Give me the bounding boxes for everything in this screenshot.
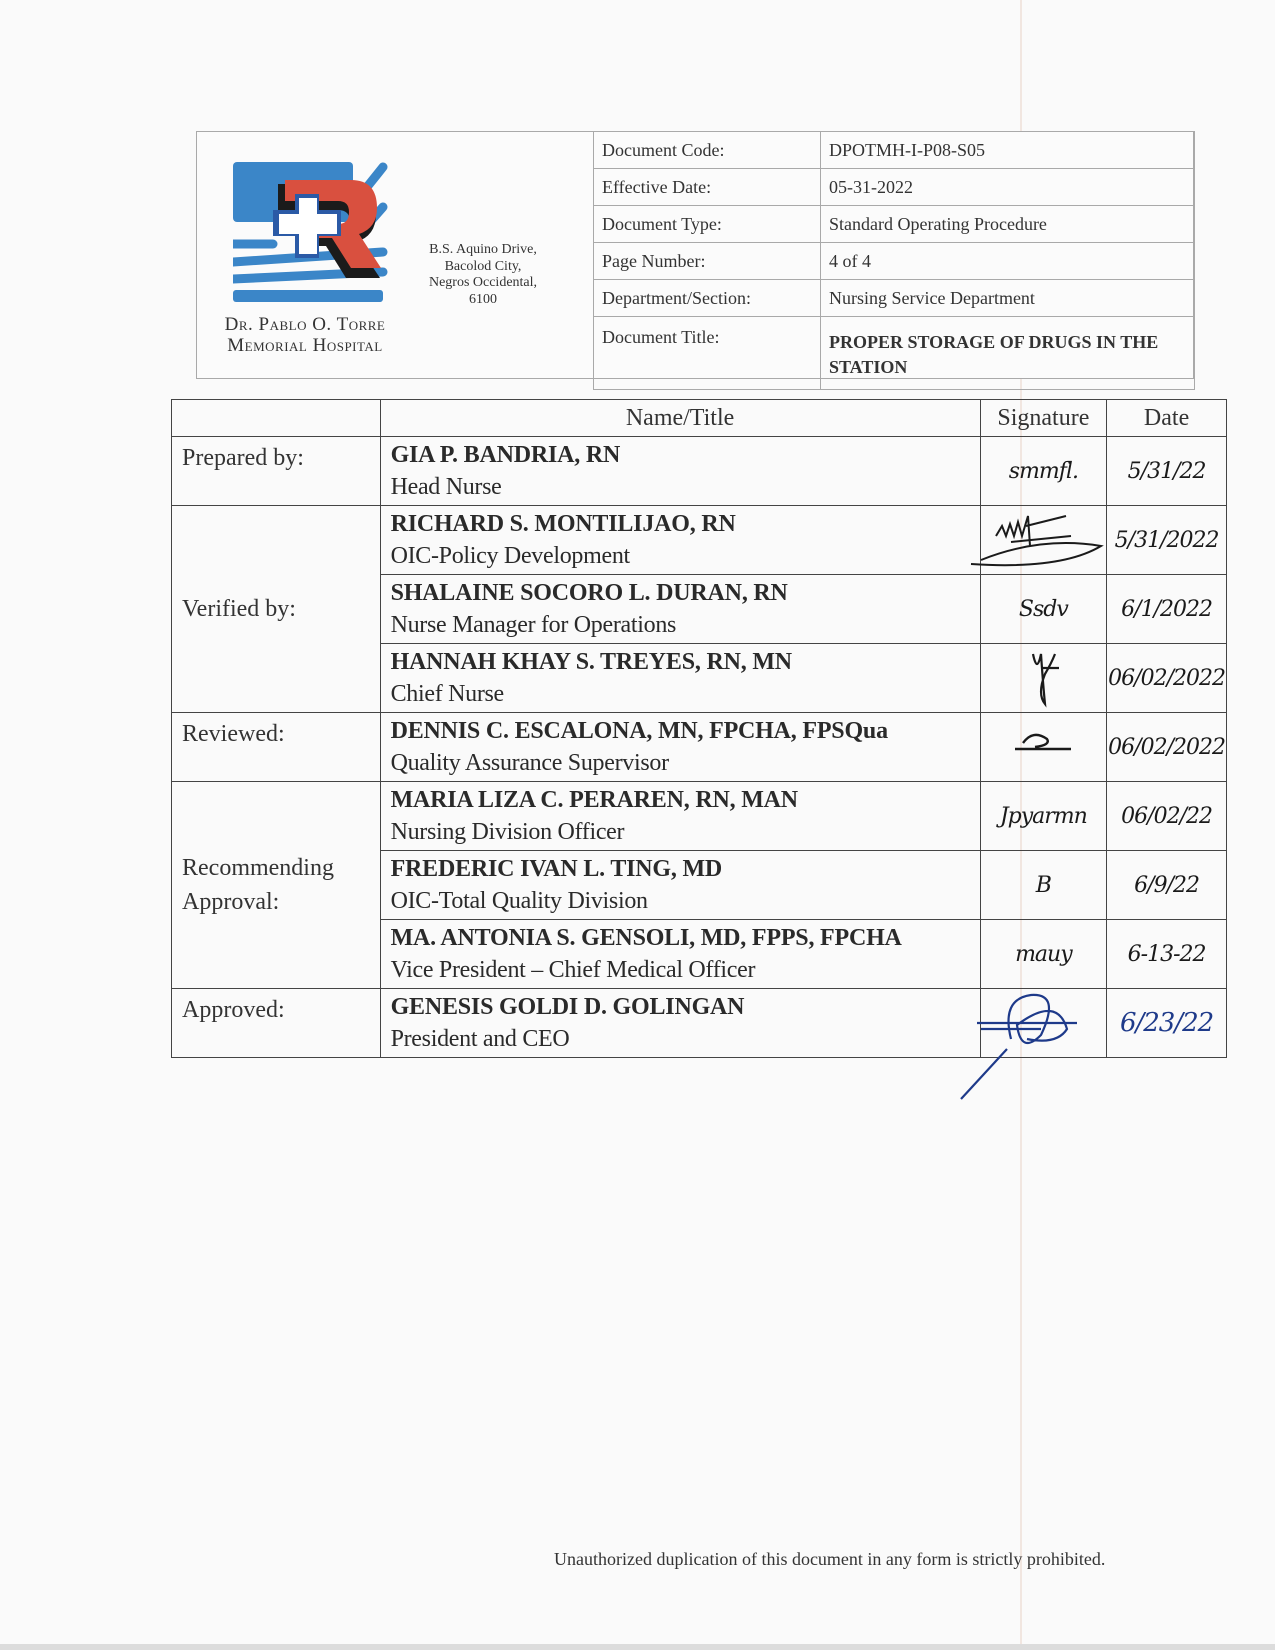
person-name: HANNAH KHAY S. TREYES, RN, MN [391,646,970,678]
hospital-branding: Dr. Pablo O. Torre Memorial Hospital [197,132,413,378]
document-title: PROPER STORAGE OF DRUGS IN THE STATION [821,317,1195,390]
role-recommending-approval: Recommending Approval: [172,782,381,989]
address-line: Bacolod City, [413,259,553,276]
person-name: GENESIS GOLDI D. GOLINGAN [391,991,970,1023]
hospital-name-line1: Dr. Pablo O. Torre [197,314,413,335]
person-title: Nurse Manager for Operations [391,609,970,641]
person-name: GIA P. BANDRIA, RN [391,439,970,471]
role-label-line: Recommending [182,851,370,885]
info-label: Document Title: [594,317,821,390]
hospital-logo-icon [233,162,388,308]
table-row: Approved: GENESIS GOLDI D. GOLINGAN Pres… [172,989,1227,1058]
person-title: OIC-Total Quality Division [391,885,970,917]
signature-date: 06/02/2022 [1107,713,1227,782]
person-name: FREDERIC IVAN L. TING, MD [391,853,970,885]
address-line: B.S. Aquino Drive, [413,242,553,259]
person-title: President and CEO [391,1023,970,1055]
person-name: RICHARD S. MONTILIJAO, RN [391,508,970,540]
info-label: Document Code: [594,132,821,169]
page-number: 4 of 4 [821,243,1195,280]
info-row-department: Department/Section: Nursing Service Depa… [594,280,1195,317]
person-name: SHALAINE SOCORO L. DURAN, RN [391,577,970,609]
person-cell: MARIA LIZA C. PERAREN, RN, MAN Nursing D… [380,782,980,851]
signature: Ssdv [980,575,1107,644]
table-row: Recommending Approval: MARIA LIZA C. PER… [172,782,1227,851]
person-name: MA. ANTONIA S. GENSOLI, MD, FPPS, FPCHA [391,922,970,954]
approval-signature-table: Name/Title Signature Date Prepared by: G… [171,399,1227,1058]
signature-date: 5/31/22 [1107,437,1227,506]
person-cell: DENNIS C. ESCALONA, MN, FPCHA, FPSQua Qu… [380,713,980,782]
signature: Jpyarmn [980,782,1107,851]
table-row: Reviewed: DENNIS C. ESCALONA, MN, FPCHA,… [172,713,1227,782]
info-row-code: Document Code: DPOTMH-I-P08-S05 [594,132,1195,169]
approval-header-row: Name/Title Signature Date [172,400,1227,437]
info-row-type: Document Type: Standard Operating Proced… [594,206,1195,243]
address-line: 6100 [413,292,553,309]
role-approved: Approved: [172,989,381,1058]
person-title: Vice President – Chief Medical Officer [391,954,970,986]
signature-date: 6/9/22 [1107,851,1227,920]
signature [980,713,1107,782]
signature-date: 5/31/2022 [1107,506,1227,575]
signature-scribble-icon [981,989,1105,1053]
document-header: Dr. Pablo O. Torre Memorial Hospital B.S… [196,131,1194,379]
role-prepared-by: Prepared by: [172,437,381,506]
role-verified-by: Verified by: [172,506,381,713]
hospital-name: Dr. Pablo O. Torre Memorial Hospital [197,314,413,356]
header-name-title: Name/Title [380,400,980,437]
address-line: Negros Occidental, [413,275,553,292]
role-reviewed: Reviewed: [172,713,381,782]
signature: smmfl. [980,437,1107,506]
person-name: DENNIS C. ESCALONA, MN, FPCHA, FPSQua [391,715,970,747]
person-cell: MA. ANTONIA S. GENSOLI, MD, FPPS, FPCHA … [380,920,980,989]
person-title: Chief Nurse [391,678,970,710]
person-title: Nursing Division Officer [391,816,970,848]
info-row-page: Page Number: 4 of 4 [594,243,1195,280]
info-label: Page Number: [594,243,821,280]
person-title: Quality Assurance Supervisor [391,747,970,779]
signature [980,644,1107,713]
document-info-table: Document Code: DPOTMH-I-P08-S05 Effectiv… [593,131,1195,390]
scan-edge [0,1644,1275,1650]
person-cell: FREDERIC IVAN L. TING, MD OIC-Total Qual… [380,851,980,920]
person-cell: HANNAH KHAY S. TREYES, RN, MN Chief Nurs… [380,644,980,713]
info-row-effective-date: Effective Date: 05-31-2022 [594,169,1195,206]
signature [980,989,1107,1058]
person-title: OIC-Policy Development [391,540,970,572]
signature [980,506,1107,575]
header-signature: Signature [980,400,1107,437]
signature-scribble-icon [981,644,1105,708]
header-role [172,400,381,437]
signature-date: 06/02/2022 [1107,644,1227,713]
person-cell: RICHARD S. MONTILIJAO, RN OIC-Policy Dev… [380,506,980,575]
department: Nursing Service Department [821,280,1195,317]
person-cell: GIA P. BANDRIA, RN Head Nurse [380,437,980,506]
confidentiality-notice: Unauthorized duplication of this documen… [554,1549,1105,1570]
signature: mauy [980,920,1107,989]
person-name: MARIA LIZA C. PERAREN, RN, MAN [391,784,970,816]
signature-scribble-icon [981,506,1105,570]
header-date: Date [1107,400,1227,437]
person-cell: GENESIS GOLDI D. GOLINGAN President and … [380,989,980,1058]
person-title: Head Nurse [391,471,970,503]
info-label: Effective Date: [594,169,821,206]
signature-date: 6/1/2022 [1107,575,1227,644]
hospital-address: B.S. Aquino Drive, Bacolod City, Negros … [413,242,553,308]
signature-date: 06/02/22 [1107,782,1227,851]
signature-date: 6/23/22 [1107,989,1227,1058]
document-type: Standard Operating Procedure [821,206,1195,243]
hospital-name-line2: Memorial Hospital [197,335,413,356]
info-row-title: Document Title: PROPER STORAGE OF DRUGS … [594,317,1195,390]
signature-scribble-icon [981,713,1105,777]
table-row: Verified by: RICHARD S. MONTILIJAO, RN O… [172,506,1227,575]
signature-date: 6-13-22 [1107,920,1227,989]
document-code: DPOTMH-I-P08-S05 [821,132,1195,169]
info-label: Document Type: [594,206,821,243]
table-row: Prepared by: GIA P. BANDRIA, RN Head Nur… [172,437,1227,506]
role-label-line: Approval: [182,885,370,919]
person-cell: SHALAINE SOCORO L. DURAN, RN Nurse Manag… [380,575,980,644]
signature: B [980,851,1107,920]
info-label: Department/Section: [594,280,821,317]
effective-date: 05-31-2022 [821,169,1195,206]
